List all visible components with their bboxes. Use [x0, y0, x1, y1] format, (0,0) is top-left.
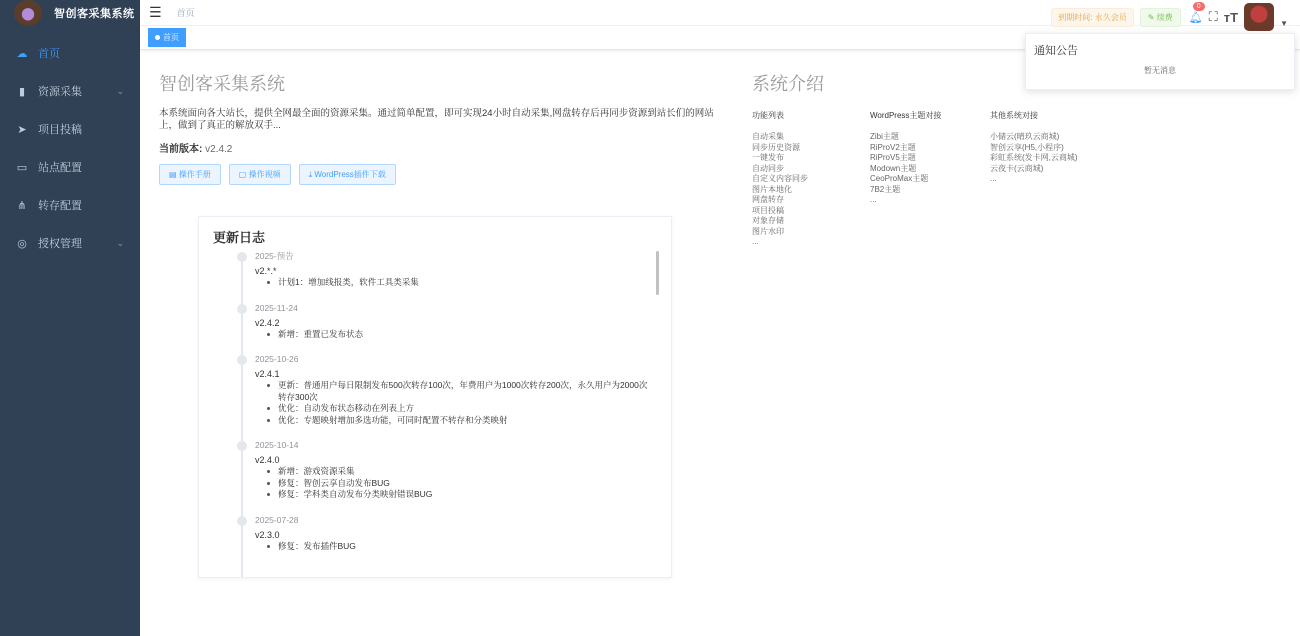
column-item: RiProV2主题	[870, 143, 990, 154]
changelog-scrollbar[interactable]	[656, 251, 659, 295]
current-version: 当前版本: v2.4.2	[159, 140, 719, 155]
entry-version: v2.*.*	[255, 265, 655, 277]
entry-item: 新增：重置已发布状态	[267, 329, 655, 341]
entry-item: 修复：智创云享自动发布BUG	[267, 478, 655, 490]
column-header: WordPress主题对接	[870, 110, 990, 121]
intro-section: 智创客采集系统 本系统面向各大站长，提供全网最全面的资源采集。通过简单配置，即可…	[159, 70, 719, 185]
sidebar-menu: ☁首页▮资源采集⌄➤项目投稿▭站点配置⋔转存配置◎授权管理⌄	[0, 34, 140, 262]
tag-home[interactable]: 首页	[148, 28, 186, 47]
entry-items: 更新：普通用户每日限制发布500次转存100次，年费用户为1000次转存200次…	[267, 380, 655, 426]
system-intro-section: 系统介绍 功能列表自动采集同步历史资源一键发布自动同步自定义内容同步图片本地化网…	[752, 70, 1172, 248]
column-item: CeoProMax主题	[870, 174, 990, 185]
logo[interactable]: 智创客采集系统	[0, 0, 140, 26]
sidebar-item-1[interactable]: ▮资源采集⌄	[0, 72, 140, 110]
sidebar-item-5[interactable]: ◎授权管理⌄	[0, 224, 140, 262]
column-item: 项目投稿	[752, 206, 870, 217]
caret-down-icon[interactable]: ▼	[1280, 19, 1288, 28]
entry-version: v2.3.0	[255, 529, 655, 541]
sidebar-item-4[interactable]: ⋔转存配置	[0, 186, 140, 224]
column-item: 7B2主题	[870, 185, 990, 196]
column-item: 图片水印	[752, 227, 870, 238]
entry-date: 2025-11-24	[255, 303, 655, 314]
active-dot-icon	[155, 35, 160, 40]
download-icon: ⤓	[309, 170, 313, 179]
entry-items: 修复：发布插件BUG	[267, 541, 655, 553]
entry-version: v2.4.1	[255, 368, 655, 380]
notice-popover: 通知公告 暂无消息	[1025, 33, 1295, 90]
column-item: 对象存储	[752, 216, 870, 227]
column-header: 功能列表	[752, 110, 870, 121]
version-label: 当前版本:	[159, 144, 202, 155]
video-button[interactable]: ▢ 操作视频	[229, 164, 291, 185]
expiry-tag: 到期时间: 永久会员	[1051, 8, 1133, 27]
sidebar-item-3[interactable]: ▭站点配置	[0, 148, 140, 186]
column-item: 云夜卡(云商城)	[990, 164, 1140, 175]
column-item: ...	[870, 195, 990, 206]
sidebar-item-label: 资源采集	[38, 83, 82, 99]
entry-items: 新增：游戏资源采集修复：智创云享自动发布BUG修复：学科类自动发布分类映射错误B…	[267, 466, 655, 501]
column-header: 其他系统对接	[990, 110, 1140, 121]
intro-column: WordPress主题对接Zibi主题RiProV2主题RiProV5主题Mod…	[870, 110, 990, 248]
notice-title: 通知公告	[1026, 34, 1294, 58]
entry-date: 2025-10-26	[255, 354, 655, 365]
entry-item: 修复：学科类自动发布分类映射错误BUG	[267, 489, 655, 501]
main-area: ☰ 首页 到期时间: 永久会员 ✎ 续费 🔔︎0 ⛶ тT ▼ 首页 智创客采集…	[140, 0, 1300, 636]
entry-item: 优化：专题映射增加多选功能，可同时配置不转存和分类映射	[267, 415, 655, 427]
fullscreen-icon[interactable]: ⛶	[1209, 9, 1218, 25]
bar-chart-icon: ▮	[16, 85, 28, 98]
column-item: 智创云享(H5,小程序)	[990, 143, 1140, 154]
changelog-entry: 2025-预告v2.*.*计划1：增加线报类，软件工具类采集	[237, 251, 655, 289]
font-size-icon[interactable]: тT	[1224, 10, 1238, 25]
timeline-dot-icon	[237, 252, 247, 262]
version-value: v2.4.2	[205, 144, 232, 155]
navbar: ☰ 首页 到期时间: 永久会员 ✎ 续费 🔔︎0 ⛶ тT ▼	[140, 0, 1300, 26]
tree-icon: ⋔	[16, 199, 28, 212]
column-item: 小储云(晴玖云商城)	[990, 132, 1140, 143]
renew-button[interactable]: ✎ 续费	[1140, 8, 1181, 27]
changelog-entry: 2025-10-26v2.4.1更新：普通用户每日限制发布500次转存100次，…	[237, 354, 655, 426]
timeline-dot-icon	[237, 355, 247, 365]
intro-column: 功能列表自动采集同步历史资源一键发布自动同步自定义内容同步图片本地化网盘转存项目…	[752, 110, 870, 248]
breadcrumb[interactable]: 首页	[177, 6, 195, 19]
column-item: 同步历史资源	[752, 143, 870, 154]
timeline-dot-icon	[237, 516, 247, 526]
changelog-card: 更新日志 2025-预告v2.*.*计划1：增加线报类，软件工具类采集2025-…	[198, 216, 672, 578]
sidebar-item-label: 站点配置	[38, 159, 82, 175]
bell-icon[interactable]: 🔔︎0	[1189, 11, 1203, 24]
video-icon: ▢	[239, 170, 247, 179]
intro-title: 智创客采集系统	[159, 70, 719, 96]
entry-items: 计划1：增加线报类，软件工具类采集	[267, 277, 655, 289]
send-icon: ➤	[16, 123, 28, 136]
app-title: 智创客采集系统	[54, 5, 135, 21]
entry-date: 2025-预告	[255, 251, 655, 262]
column-item: 自动采集	[752, 132, 870, 143]
video-label: 操作视频	[249, 170, 281, 179]
column-item: 彩虹系统(发卡网,云商城)	[990, 153, 1140, 164]
notification-badge: 0	[1193, 2, 1205, 11]
intro-column: 其他系统对接小储云(晴玖云商城)智创云享(H5,小程序)彩虹系统(发卡网,云商城…	[990, 110, 1140, 248]
column-item: Zibi主题	[870, 132, 990, 143]
sidebar-item-2[interactable]: ➤项目投稿	[0, 110, 140, 148]
column-item: 自定义内容同步	[752, 174, 870, 185]
dashboard-icon: ☁	[16, 47, 28, 60]
notice-empty: 暂无消息	[1026, 65, 1294, 76]
system-intro-columns: 功能列表自动采集同步历史资源一键发布自动同步自定义内容同步图片本地化网盘转存项目…	[752, 110, 1172, 248]
timeline-dot-icon	[237, 441, 247, 451]
entry-item: 计划1：增加线报类，软件工具类采集	[267, 277, 655, 289]
plugin-download-label: WordPress插件下载	[314, 170, 385, 179]
navbar-right: 到期时间: 永久会员 ✎ 续费 🔔︎0 ⛶ тT ▼	[1051, 3, 1288, 31]
entry-date: 2025-07-28	[255, 515, 655, 526]
renew-label: 续费	[1157, 13, 1173, 22]
entry-version: v2.4.0	[255, 454, 655, 466]
column-item: RiProV5主题	[870, 153, 990, 164]
timeline-dot-icon	[237, 304, 247, 314]
entry-item: 新增：游戏资源采集	[267, 466, 655, 478]
shield-icon: ◎	[16, 237, 28, 250]
hamburger-icon[interactable]: ☰	[149, 4, 162, 21]
entry-item: 更新：普通用户每日限制发布500次转存100次，年费用户为1000次转存200次…	[267, 380, 655, 403]
manual-label: 操作手册	[179, 170, 211, 179]
logo-image	[14, 0, 42, 26]
avatar[interactable]	[1244, 3, 1274, 31]
entry-items: 新增：重置已发布状态	[267, 329, 655, 341]
column-item: 自动同步	[752, 164, 870, 175]
column-item: 图片本地化	[752, 185, 870, 196]
plugin-download-button[interactable]: ⤓ WordPress插件下载	[299, 164, 396, 185]
tag-label: 首页	[163, 32, 179, 43]
column-item: Modown主题	[870, 164, 990, 175]
changelog-entry: 2025-07-28v2.3.0修复：发布插件BUG	[237, 515, 655, 553]
entry-item: 优化：自动发布状态移动在列表上方	[267, 403, 655, 415]
intro-description: 本系统面向各大站长，提供全网最全面的资源采集。通过简单配置，即可实现24小时自动…	[159, 108, 724, 132]
sidebar-item-label: 首页	[38, 45, 60, 61]
column-item: 一键发布	[752, 153, 870, 164]
chevron-down-icon: ⌄	[116, 238, 124, 249]
sidebar-item-label: 项目投稿	[38, 121, 82, 137]
entry-item: 修复：发布插件BUG	[267, 541, 655, 553]
monitor-icon: ▭	[16, 161, 28, 174]
intro-buttons: ▤ 操作手册 ▢ 操作视频 ⤓ WordPress插件下载	[159, 164, 719, 185]
changelog-entry: 2025-11-24v2.4.2新增：重置已发布状态	[237, 303, 655, 341]
sidebar-item-label: 授权管理	[38, 235, 82, 251]
changelog-timeline: 2025-预告v2.*.*计划1：增加线报类，软件工具类采集2025-11-24…	[237, 251, 655, 577]
changelog-title: 更新日志	[199, 217, 671, 246]
chevron-down-icon: ⌄	[116, 86, 124, 97]
entry-date: 2025-10-14	[255, 440, 655, 451]
sidebar: 智创客采集系统 ☁首页▮资源采集⌄➤项目投稿▭站点配置⋔转存配置◎授权管理⌄	[0, 0, 140, 636]
column-item: ...	[990, 174, 1140, 185]
column-item: 网盘转存	[752, 195, 870, 206]
column-item: ...	[752, 237, 870, 248]
document-icon: ▤	[169, 170, 177, 179]
manual-button[interactable]: ▤ 操作手册	[159, 164, 221, 185]
sidebar-item-label: 转存配置	[38, 197, 82, 213]
sidebar-item-0[interactable]: ☁首页	[0, 34, 140, 72]
changelog-entry: 2025-10-14v2.4.0新增：游戏资源采集修复：智创云享自动发布BUG修…	[237, 440, 655, 501]
entry-version: v2.4.2	[255, 317, 655, 329]
